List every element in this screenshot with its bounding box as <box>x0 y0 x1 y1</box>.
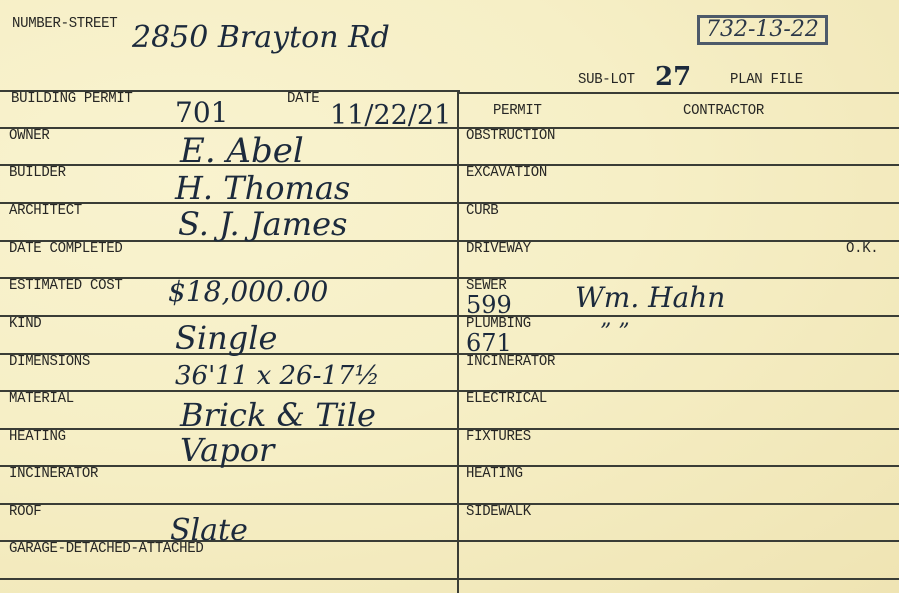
permit-type-label: FIXTURES <box>466 429 531 446</box>
permit-type-label: CURB <box>466 203 498 220</box>
row-line <box>0 503 460 505</box>
field-label: DIMENSIONS <box>9 354 90 371</box>
field-value: E. Abel <box>180 131 304 171</box>
number-street-value: 2850 Brayton Rd <box>132 20 390 55</box>
building-permit-value: 701 <box>175 96 228 129</box>
divider <box>458 92 899 94</box>
field-label: ESTIMATED COST <box>9 278 122 295</box>
field-label: INCINERATOR <box>9 466 98 483</box>
permit-type-label: INCINERATOR <box>466 354 555 371</box>
row-line <box>0 315 460 317</box>
field-value: Single <box>175 319 277 357</box>
field-label: ARCHITECT <box>9 203 82 220</box>
field-label: KIND <box>9 316 41 333</box>
permit-type-label: EXCAVATION <box>466 165 547 182</box>
field-value: S. J. James <box>178 205 347 243</box>
file-number-stamp: 732-13-22 <box>697 15 828 45</box>
field-label: DATE COMPLETED <box>9 241 122 258</box>
row-line <box>458 578 899 580</box>
date-label: DATE <box>287 91 319 108</box>
row-line <box>458 277 899 279</box>
permit-type-label: ELECTRICAL <box>466 391 547 408</box>
permit-type-label: SIDEWALK <box>466 504 531 521</box>
permit-note: O.K. <box>846 241 878 258</box>
permit-card: NUMBER-STREET 2850 Brayton Rd 732-13-22 … <box>0 0 899 593</box>
contractor-name: Wm. Hahn <box>575 281 725 314</box>
field-label: HEATING <box>9 429 66 446</box>
field-label: ROOF <box>9 504 41 521</box>
permit-type-label: DRIVEWAY <box>466 241 531 258</box>
row-line <box>458 465 899 467</box>
contractor-header: CONTRACTOR <box>683 103 764 120</box>
number-street-label: NUMBER-STREET <box>12 16 117 33</box>
column-divider <box>457 90 459 593</box>
date-value: 11/22/21 <box>330 100 451 131</box>
field-label: BUILDER <box>9 165 66 182</box>
field-value: Vapor <box>180 431 274 469</box>
permit-type-label: OBSTRUCTION <box>466 128 555 145</box>
row-line <box>0 578 460 580</box>
field-label: GARAGE-DETACHED-ATTACHED <box>9 541 203 558</box>
permit-header: PERMIT <box>493 103 542 120</box>
field-value: Brick & Tile <box>180 396 376 434</box>
field-label: MATERIAL <box>9 391 74 408</box>
plan-file-label: PLAN FILE <box>730 72 803 89</box>
contractor-name: ” ” <box>600 320 630 345</box>
row-line <box>458 540 899 542</box>
building-permit-label: BUILDING PERMIT <box>11 91 133 108</box>
field-label: OWNER <box>9 128 50 145</box>
permit-type-label: HEATING <box>466 466 523 483</box>
row-line <box>458 202 899 204</box>
field-value: H. Thomas <box>175 169 350 207</box>
field-value: $18,000.00 <box>168 275 328 308</box>
sub-lot-label: SUB-LOT <box>578 72 635 89</box>
field-value: 36'11 x 26-17½ <box>175 361 380 391</box>
sub-lot-value: 27 <box>655 62 691 92</box>
